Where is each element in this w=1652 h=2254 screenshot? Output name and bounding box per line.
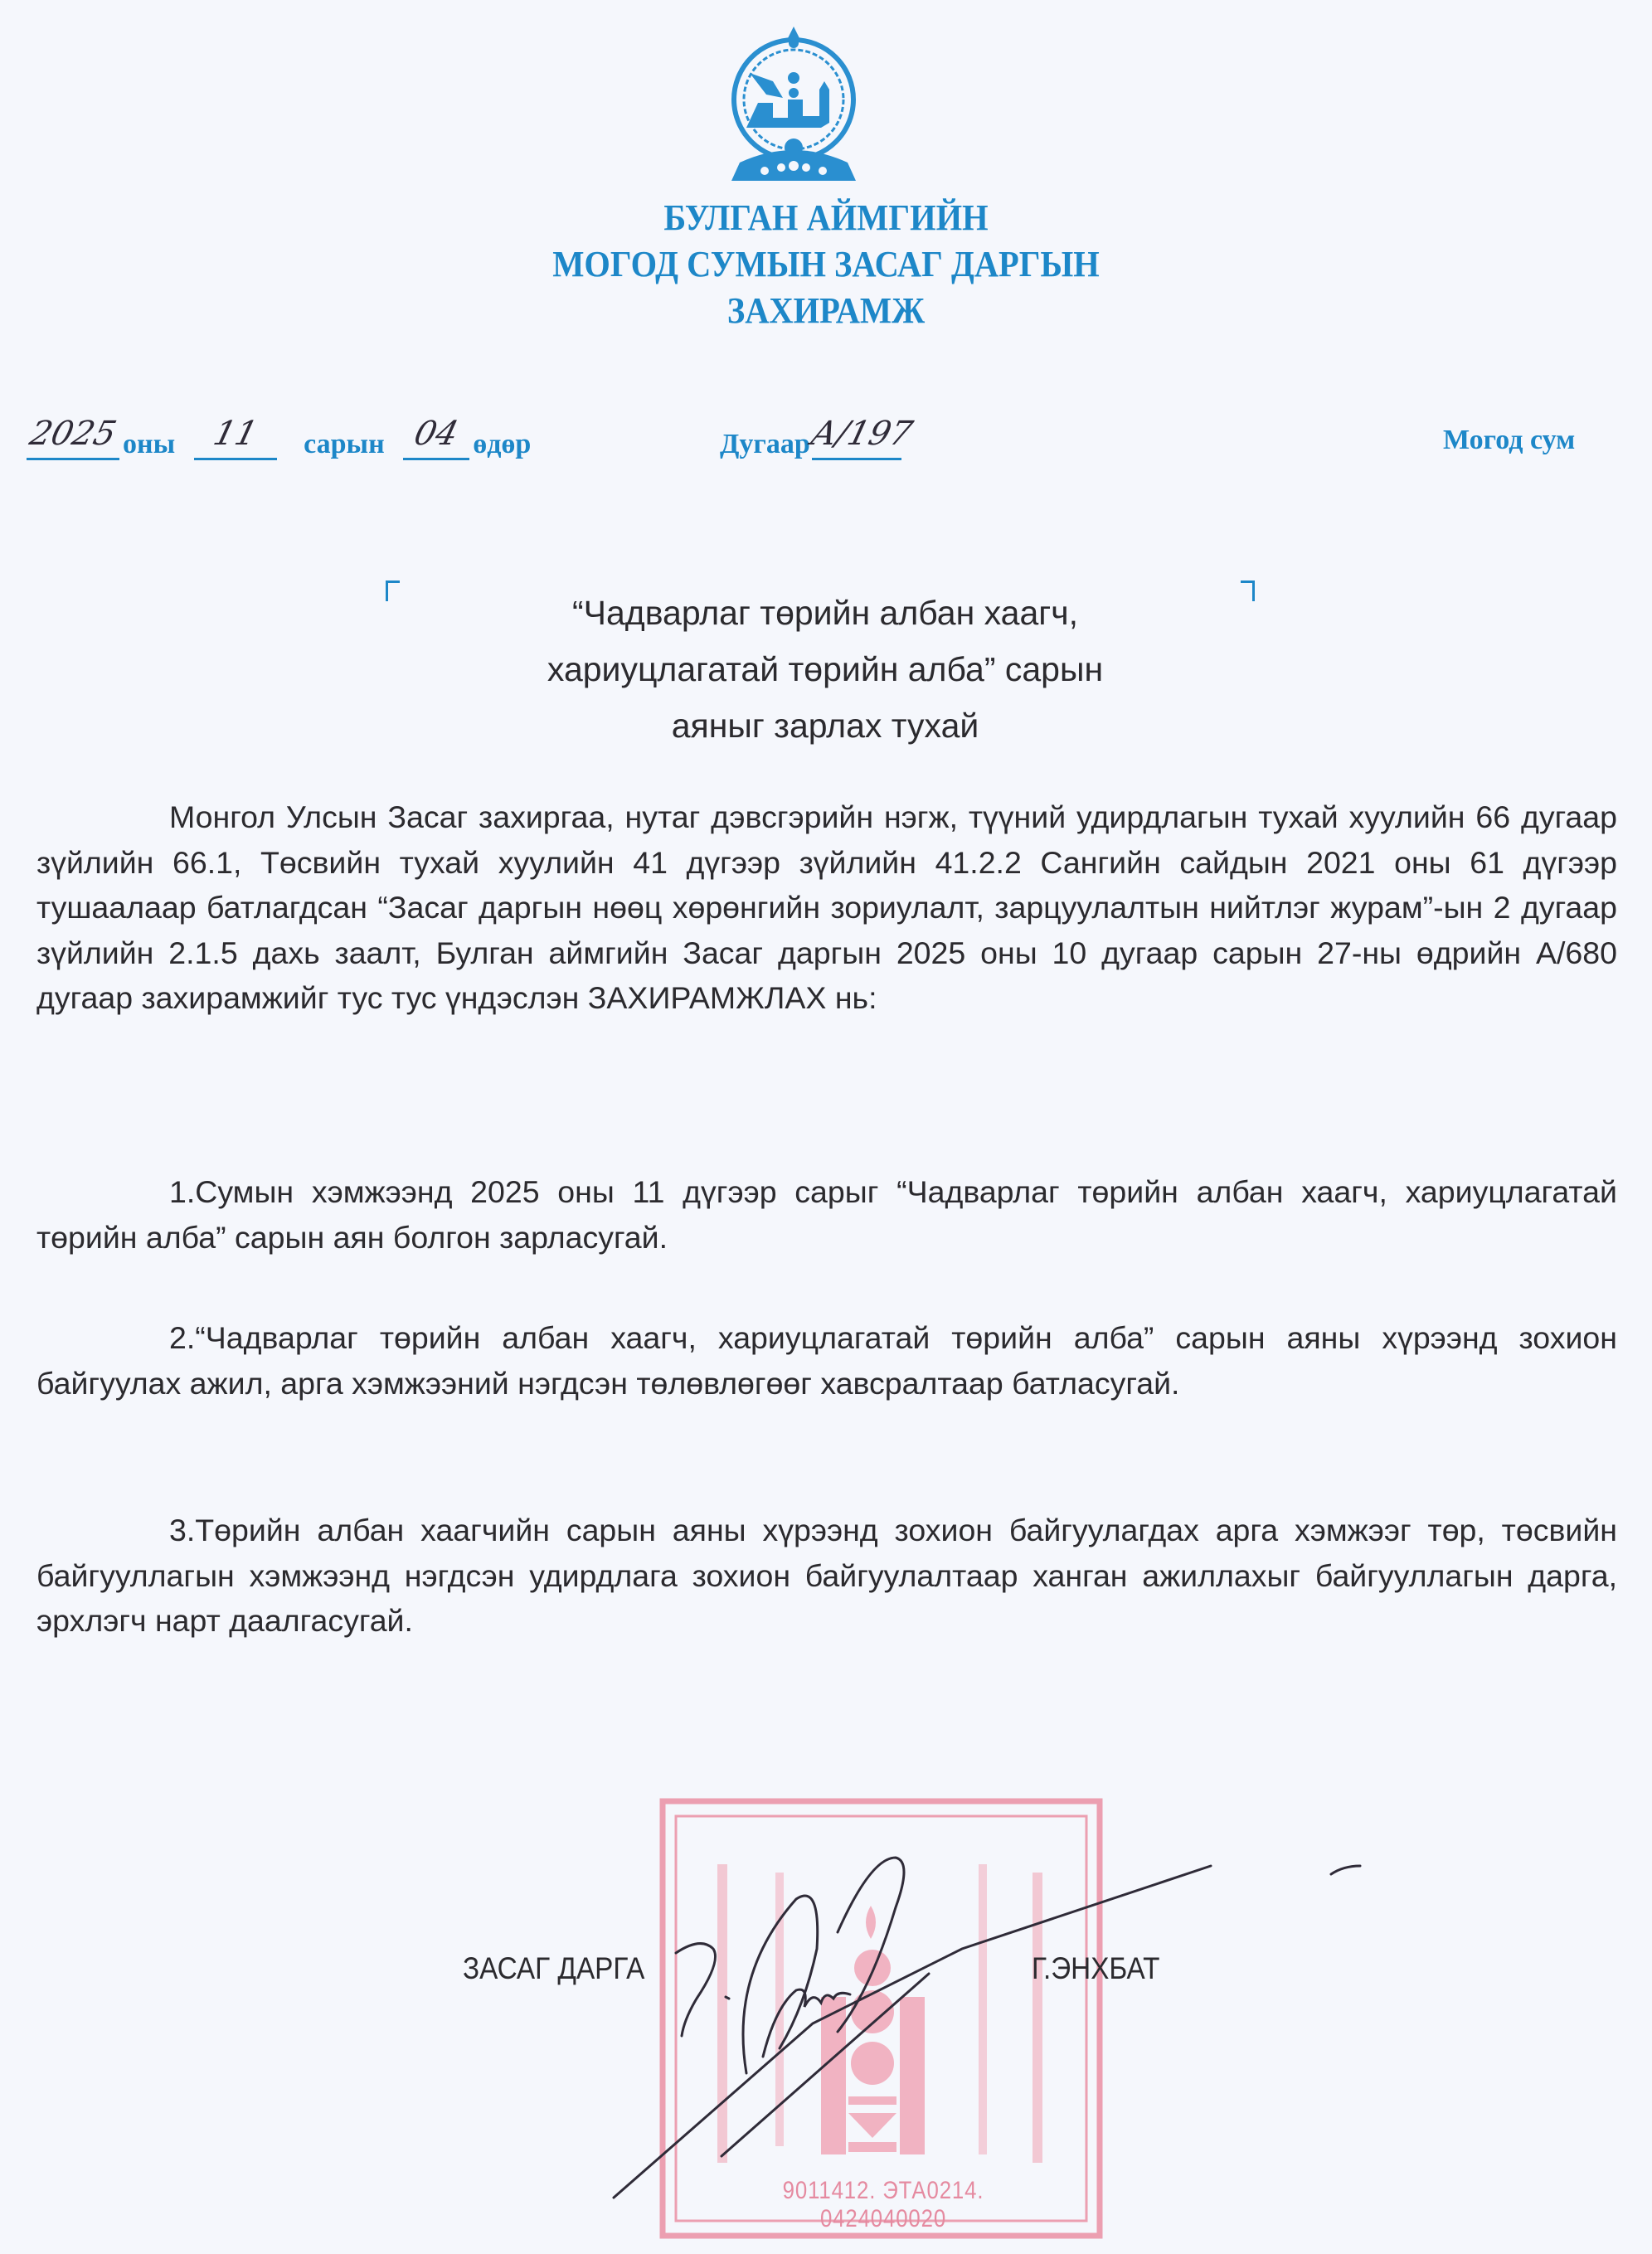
number-value: А/197 <box>807 415 906 453</box>
number-label: Дугаар <box>720 429 810 459</box>
number-row: Дугаар А/197 <box>720 425 905 460</box>
number-field: А/197 <box>812 425 901 460</box>
title-corner-right <box>1241 581 1255 601</box>
order-item-text: 3.Төрийн албан хаагчийн сарын аяны хүрээ… <box>36 1508 1617 1644</box>
year-field: 2025 <box>27 425 119 460</box>
document-type: ЗАХИРАМЖ <box>66 289 1586 333</box>
day-value: 04 <box>398 415 474 453</box>
month-field: 11 <box>194 425 277 460</box>
year-label: оны <box>123 429 175 459</box>
day-label: өдөр <box>473 429 531 459</box>
title-line1: “Чадварлаг төрийн албан хаагч, <box>415 585 1236 641</box>
year-value: 2025 <box>22 415 124 453</box>
date-row: 2025 оны 11 сарын 04 өдөр <box>23 425 531 460</box>
order-item-3: 3.Төрийн албан хаагчийн сарын аяны хүрээ… <box>36 1508 1617 1644</box>
title-line2: хариуцлагатай төрийн алба” сарын <box>415 641 1236 697</box>
state-emblem-icon <box>715 23 872 185</box>
title-line3: аяныг зарлах тухай <box>415 697 1236 754</box>
place-name: Могод сум <box>1443 425 1575 456</box>
order-item-1: 1.Сумын хэмжээнд 2025 оны 11 дүгээр сары… <box>36 1169 1617 1260</box>
day-field: 04 <box>403 425 469 460</box>
title-corner-left <box>386 581 400 601</box>
org-name-line1: БУЛГАН АЙМГИЙН <box>66 196 1586 240</box>
order-item-2: 2.“Чадварлаг төрийн албан хаагч, хариуцл… <box>36 1315 1617 1406</box>
document-title: “Чадварлаг төрийн албан хаагч, хариуцлаг… <box>415 585 1236 754</box>
document-page: БУЛГАН АЙМГИЙН МОГОД СУМЫН ЗАСАГ ДАРГЫН … <box>0 0 1652 2254</box>
order-item-text: 1.Сумын хэмжээнд 2025 оны 11 дүгээр сары… <box>36 1169 1617 1260</box>
preamble-text: Монгол Улсын Засаг захиргаа, нутаг дэвсг… <box>36 794 1617 1021</box>
month-value: 11 <box>189 415 281 453</box>
preamble-paragraph: Монгол Улсын Засаг захиргаа, нутаг дэвсг… <box>36 794 1617 1021</box>
org-name-line2: МОГОД СУМЫН ЗАСАГ ДАРГЫН <box>66 242 1586 287</box>
handwritten-signature-icon <box>581 1808 1410 2222</box>
month-label: сарын <box>304 429 385 459</box>
order-item-text: 2.“Чадварлаг төрийн албан хаагч, хариуцл… <box>36 1315 1617 1406</box>
